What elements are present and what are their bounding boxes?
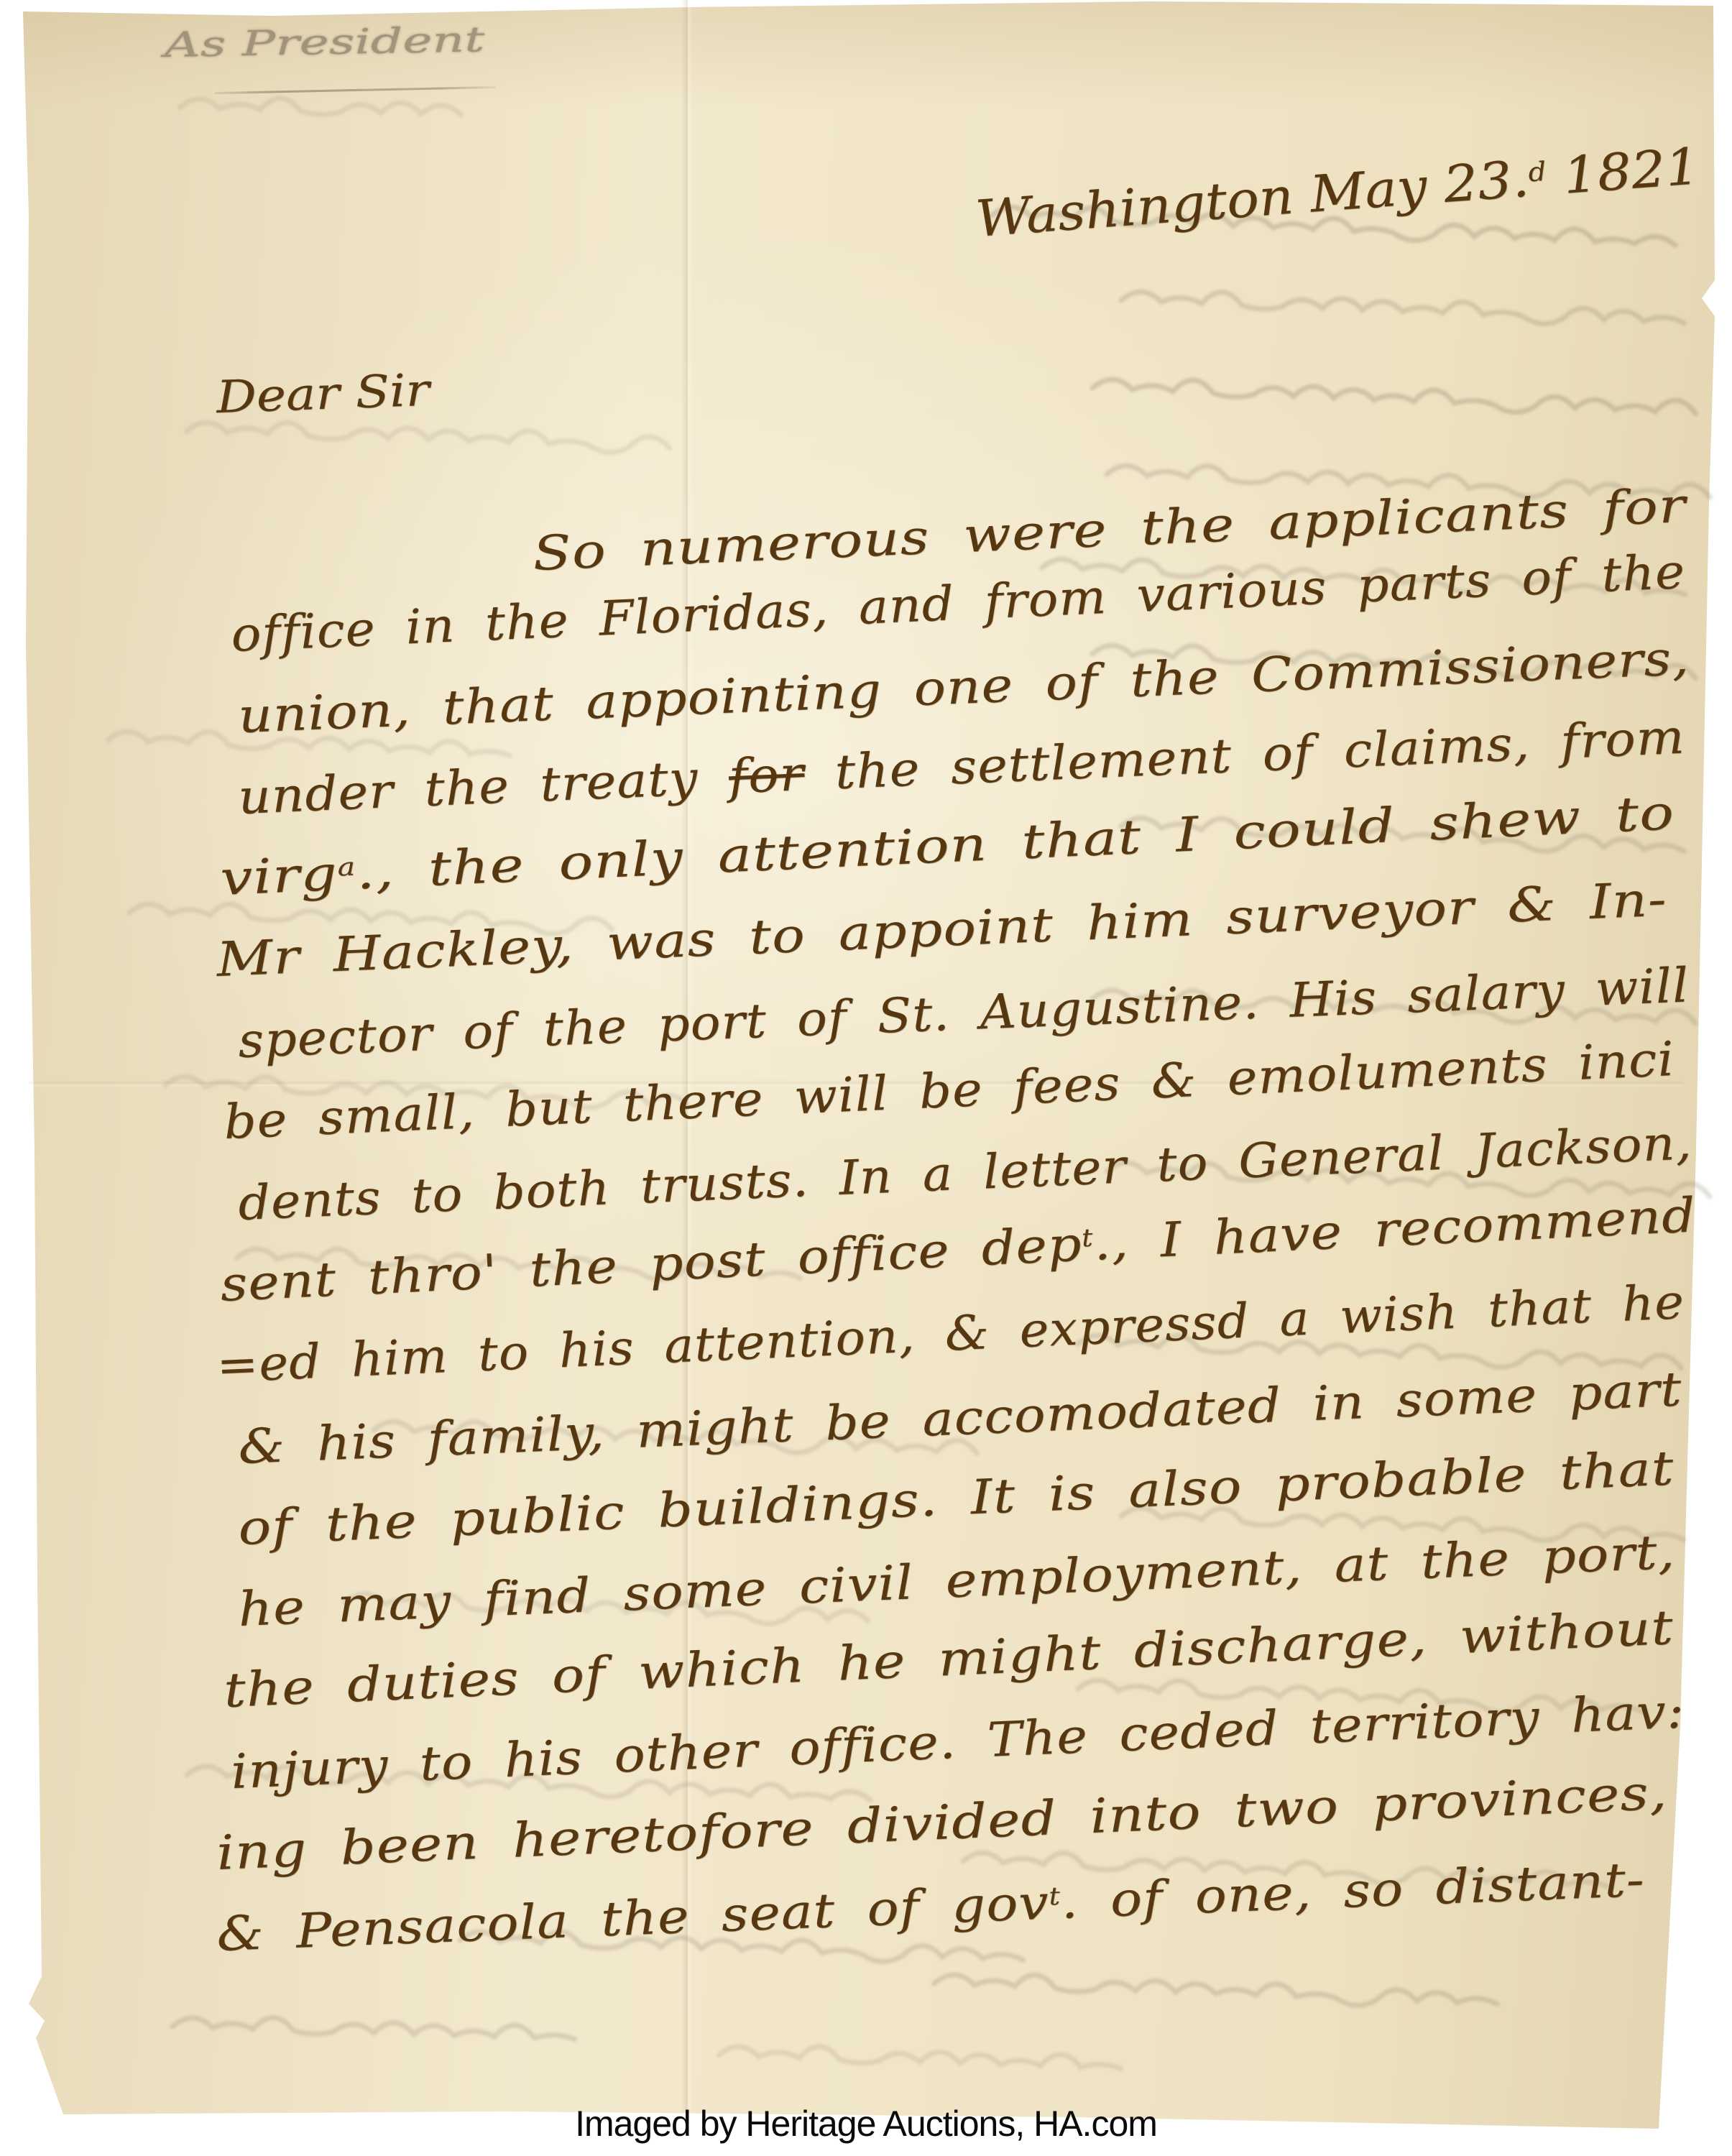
text-segment: virg — [219, 846, 339, 906]
text-segment-sup: a — [337, 853, 357, 883]
bleed-through-scribble — [1092, 376, 1696, 420]
scanned-letter-image: As President Washington May 23.d 1821 De… — [0, 0, 1732, 2156]
bleed-through-scribble — [1121, 288, 1685, 329]
salutation: Dear Sir — [216, 367, 430, 422]
bleed-through-scribble — [180, 96, 461, 118]
bleed-through-scribble — [934, 1971, 1498, 2011]
text-segment-sup: t — [1049, 1882, 1061, 1912]
text-segment-sup: d — [1527, 156, 1547, 188]
text-segment-sup: t — [1081, 1224, 1094, 1253]
bleed-through-scribble — [719, 2043, 1121, 2072]
imaging-credit: Imaged by Heritage Auctions, HA.com — [0, 2103, 1732, 2145]
pencil-annotation: As President — [164, 22, 485, 65]
bleed-through-scribble — [172, 2014, 575, 2042]
text-segment-strike: for — [727, 746, 805, 804]
text-segment: 1821 — [1544, 137, 1702, 206]
bleed-through-scribble — [187, 419, 670, 454]
